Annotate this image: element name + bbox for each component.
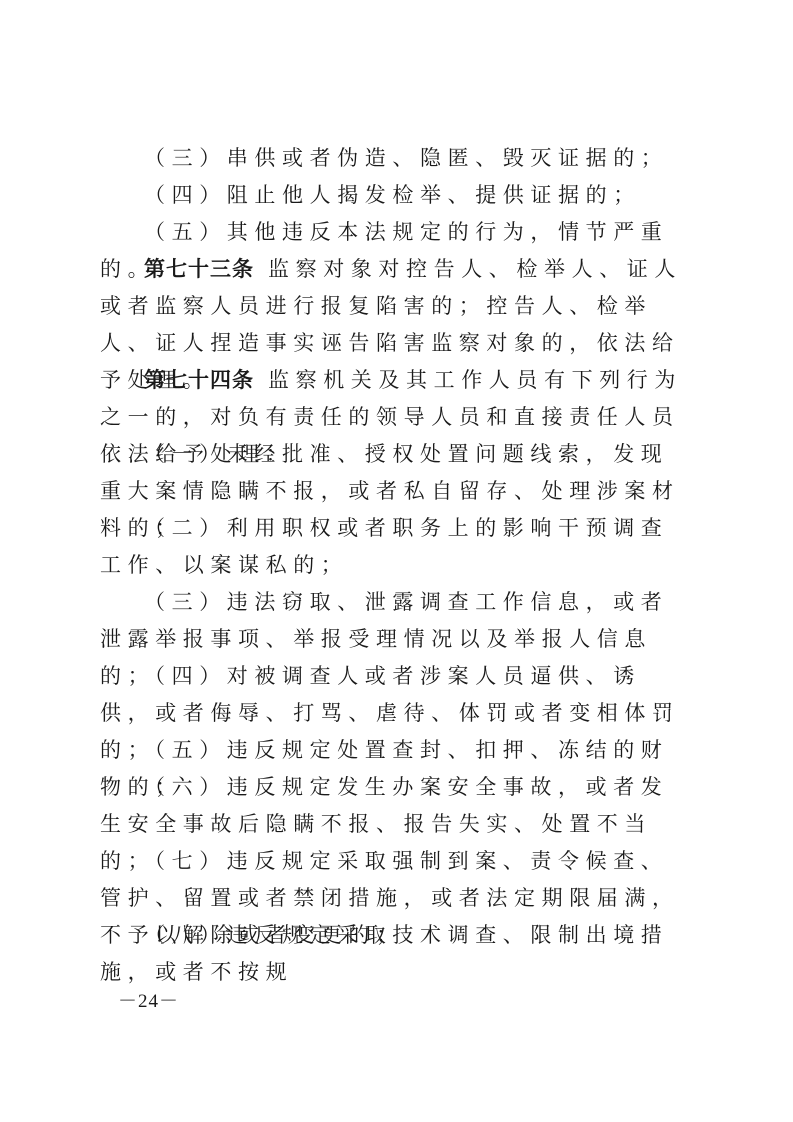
clause-3-text: （三）串供或者伪造、隐匿、毁灭证据的；: [100, 140, 690, 177]
page-number: －24－: [118, 986, 179, 1013]
clause-4-text: （四）阻止他人揭发检举、提供证据的；: [100, 177, 690, 214]
art74-clause-8: （八）违反规定采取技术调查、限制出境措施，或者不按规: [100, 917, 690, 991]
document-page: （三）串供或者伪造、隐匿、毁灭证据的； （四）阻止他人揭发检举、提供证据的； （…: [0, 0, 793, 1122]
article-74-heading: 第七十四条: [144, 368, 254, 392]
art74-clause-2: （二）利用职权或者职务上的影响干预调查工作、以案谋私的；: [100, 510, 690, 584]
article-73-heading: 第七十三条: [144, 257, 254, 281]
